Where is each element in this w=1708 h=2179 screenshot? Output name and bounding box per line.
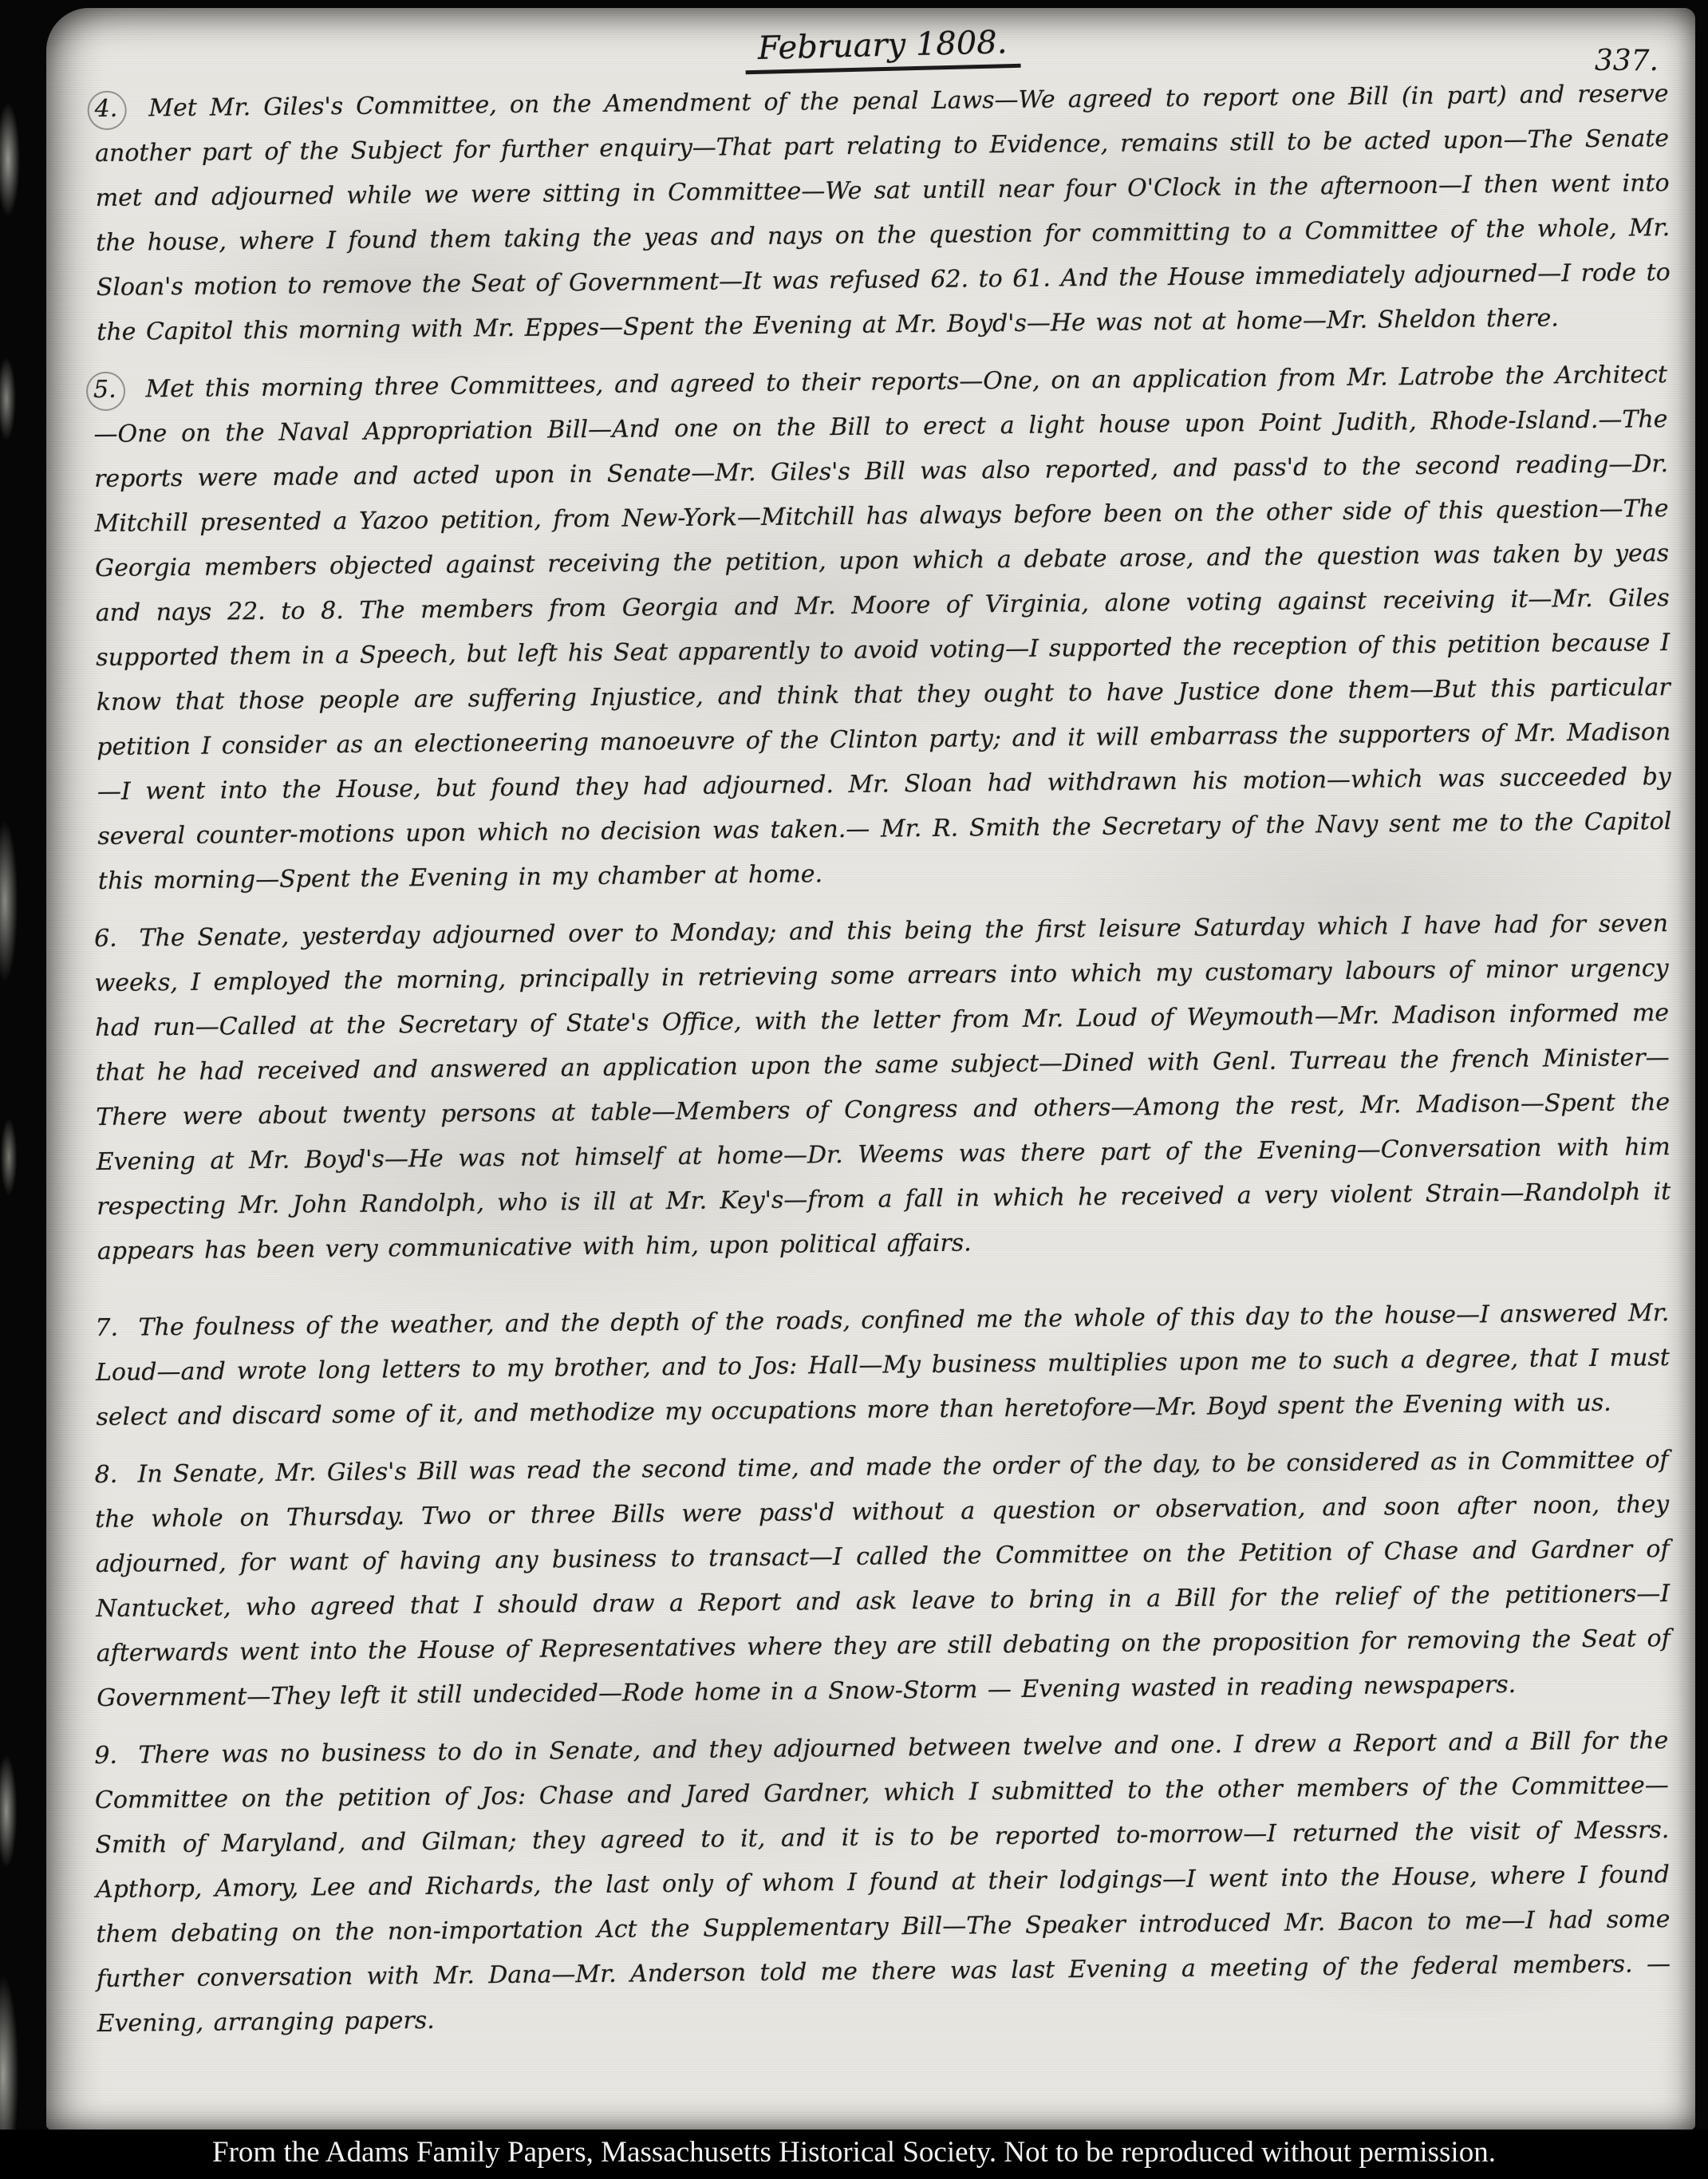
- month-heading: February 1808.: [745, 24, 1021, 74]
- entry-text: The foulness of the weather, and the dep…: [96, 1299, 1670, 1431]
- entry-number: 5.: [86, 372, 125, 411]
- page-content: February 1808. 337. 4. Met Mr. Giles's C…: [96, 27, 1670, 2059]
- entry-text: Met this morning three Committees, and a…: [93, 361, 1671, 895]
- entry-number: 7.: [95, 1314, 118, 1342]
- entry-text: There was no business to do in Senate, a…: [95, 1727, 1671, 2038]
- entry-text: In Senate, Mr. Giles's Bill was read the…: [95, 1446, 1671, 1712]
- diary-entry: 4. Met Mr. Giles's Committee, on the Ame…: [94, 72, 1671, 355]
- entry-text: The Senate, yesterday adjourned over to …: [94, 910, 1671, 1265]
- diary-entry: 7. The foulness of the weather, and the …: [95, 1291, 1671, 1440]
- diary-entry: 9. There was no business to do in Senate…: [94, 1719, 1671, 2047]
- entry-number: 9.: [94, 1742, 117, 1770]
- entry-text: Met Mr. Giles's Committee, on the Amendm…: [95, 80, 1671, 346]
- entry-number: 4.: [87, 91, 126, 130]
- entry-number: 8.: [94, 1461, 117, 1489]
- facing-page-edge: [0, 0, 29, 2179]
- archive-caption: From the Adams Family Papers, Massachuse…: [0, 2130, 1708, 2179]
- diary-entry: 8. In Senate, Mr. Giles's Bill was read …: [94, 1438, 1671, 1721]
- diary-entry: 5. Met this morning three Committees, an…: [93, 353, 1672, 904]
- diary-entry: 6. The Senate, yesterday adjourned over …: [94, 902, 1671, 1274]
- page-header: February 1808.: [96, 27, 1670, 71]
- diary-entries: 4. Met Mr. Giles's Committee, on the Ame…: [96, 87, 1670, 2047]
- entry-number: 6.: [94, 925, 117, 953]
- manuscript-page: February 1808. 337. 4. Met Mr. Giles's C…: [46, 8, 1695, 2130]
- caption-text: From the Adams Family Papers, Massachuse…: [212, 2136, 1496, 2169]
